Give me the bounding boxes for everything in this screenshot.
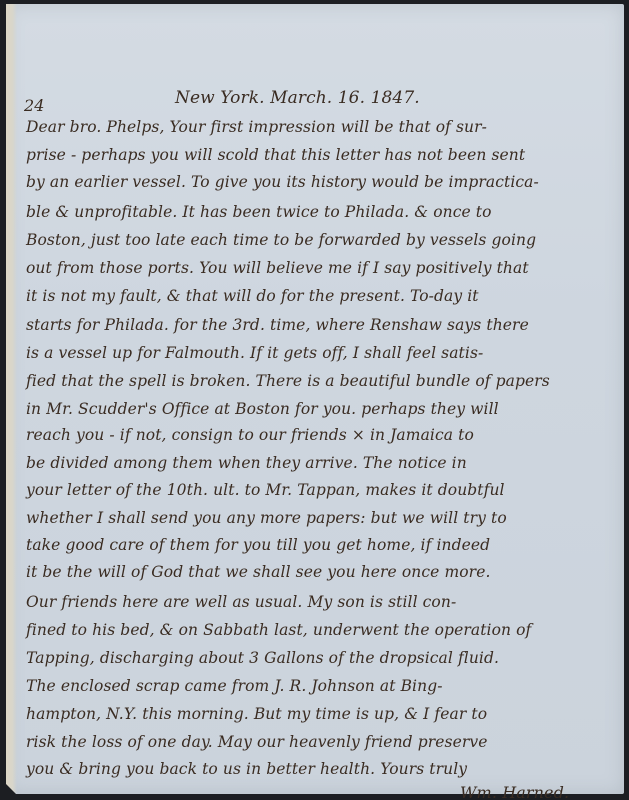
letter-line: Our friends here are well as usual. My s… [26, 593, 456, 611]
letter-line: in Mr. Scudder's Office at Boston for yo… [26, 400, 499, 418]
letter-line: it be the will of God that we shall see … [26, 563, 491, 581]
letter-line: The enclosed scrap came from J. R. Johns… [26, 677, 443, 695]
letter-line: fined to his bed, & on Sabbath last, und… [26, 621, 531, 639]
letter-line: Dear bro. Phelps, Your first impression … [26, 118, 487, 136]
letter-line: take good care of them for you till you … [26, 536, 490, 554]
letter-line: risk the loss of one day. May our heaven… [26, 733, 487, 751]
dateline: New York. March. 16. 1847. [175, 88, 420, 108]
letter-line: by an earlier vessel. To give you its hi… [26, 173, 539, 191]
letter-line: hampton, N.Y. this morning. But my time … [26, 705, 487, 723]
letter-line: ble & unprofitable. It has been twice to… [26, 203, 492, 221]
letter-line: whether I shall send you any more papers… [26, 509, 507, 527]
letter-line: your letter of the 10th. ult. to Mr. Tap… [26, 481, 505, 499]
paper-edge [6, 4, 17, 794]
letter-line: be divided among them when they arrive. … [26, 454, 467, 472]
letter-line: prise - perhaps you will scold that this… [26, 146, 525, 164]
letter-line: you & bring you back to us in better hea… [26, 760, 467, 778]
letter-line: Tapping, discharging about 3 Gallons of … [26, 649, 499, 667]
page-number: 24 [24, 96, 45, 115]
signature: Wm. Harned. [460, 783, 569, 800]
letter-line: Boston, just too late each time to be fo… [26, 231, 536, 249]
letter-line: fied that the spell is broken. There is … [26, 372, 550, 390]
letter-line: starts for Philada. for the 3rd. time, w… [26, 316, 529, 334]
letter-line: reach you - if not, consign to our frien… [26, 426, 474, 444]
letter-line: it is not my fault, & that will do for t… [26, 287, 479, 305]
letter-line: out from those ports. You will believe m… [26, 259, 529, 277]
letter-line: is a vessel up for Falmouth. If it gets … [26, 344, 483, 362]
